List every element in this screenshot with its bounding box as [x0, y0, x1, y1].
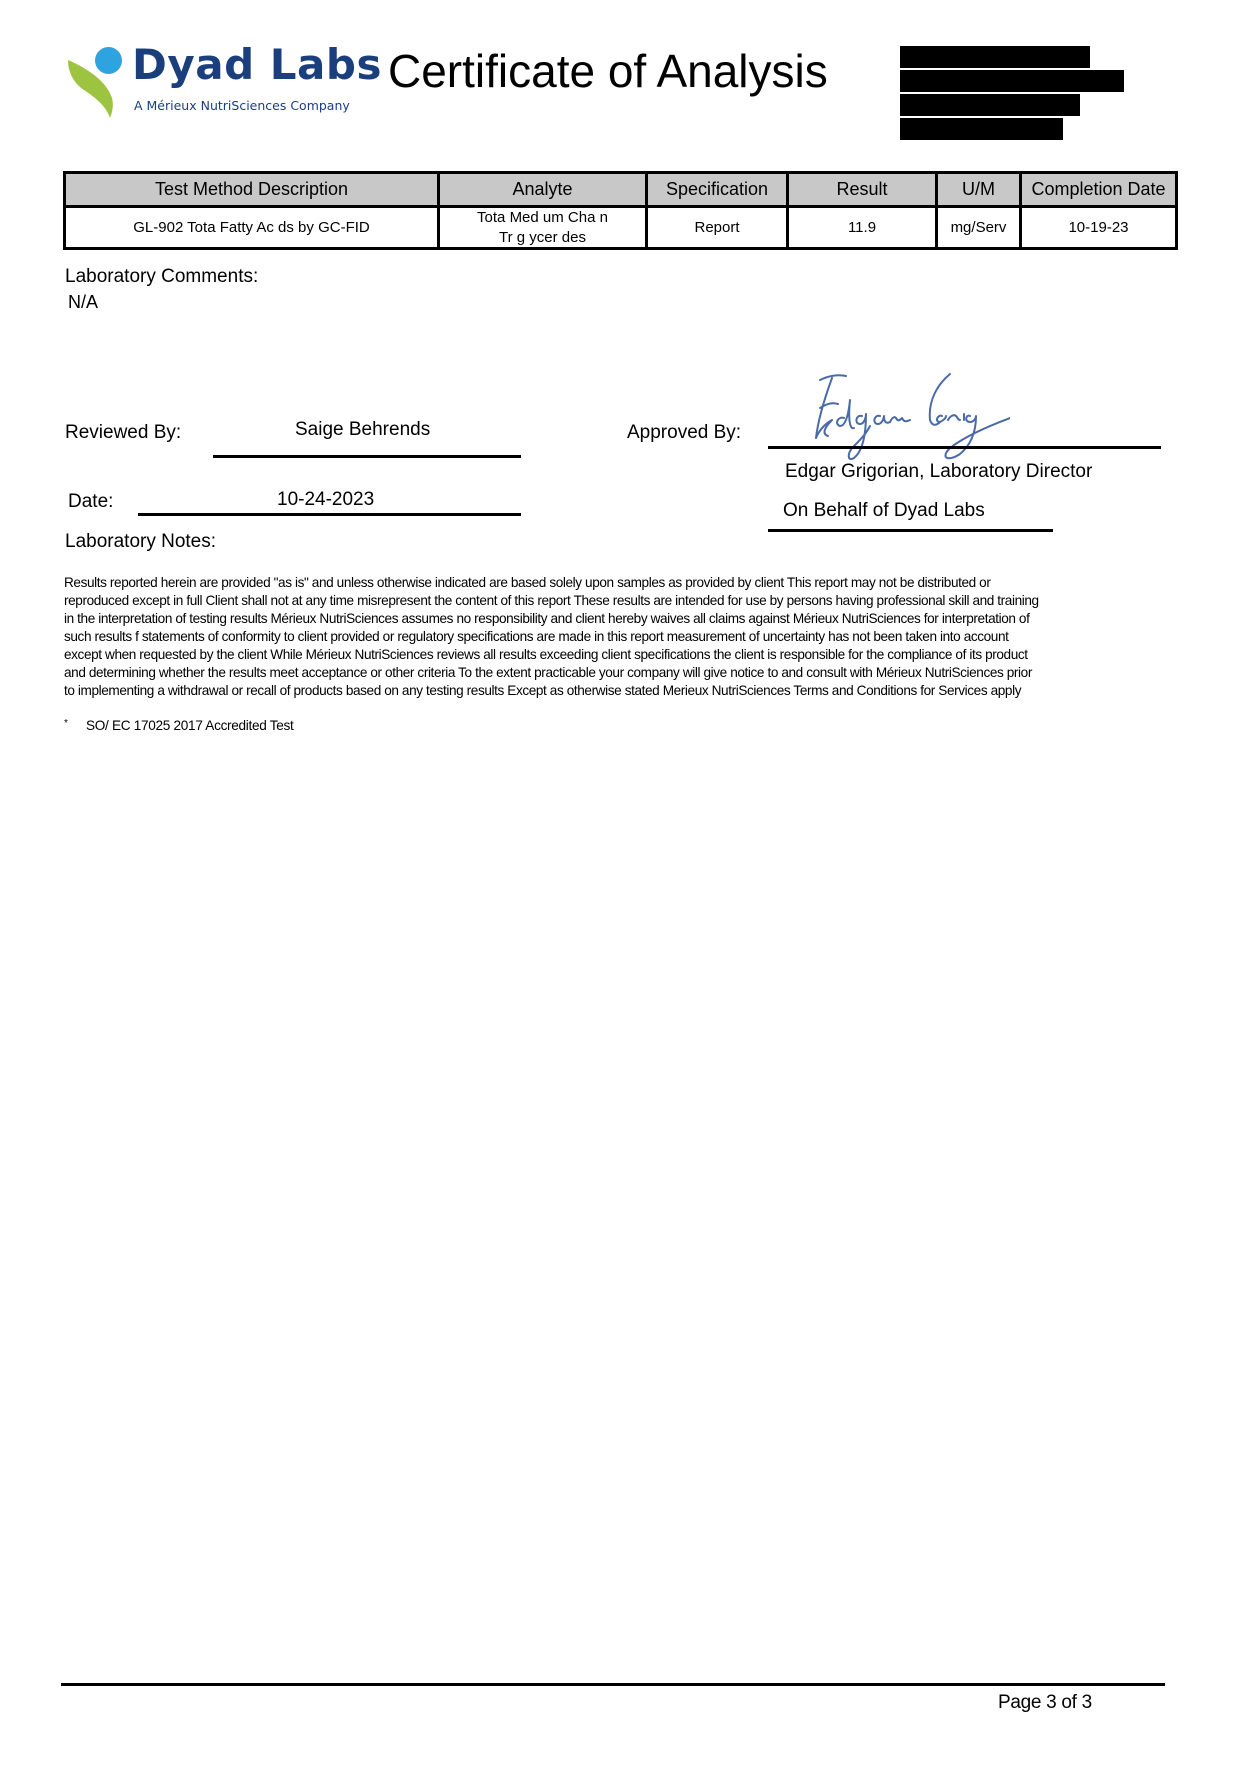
logo-tagline: A Mérieux NutriSciences Company	[134, 100, 350, 113]
accreditation-footnote: *SO/ EC 17025 2017 Accredited Test	[64, 718, 294, 733]
analyte-line: Tota Med um Cha n	[440, 208, 645, 228]
approver-title: Edgar Grigorian, Laboratory Director	[785, 462, 1092, 481]
table-row: GL-902 Tota Fatty Ac ds by GC-FID Tota M…	[65, 207, 1177, 249]
column-header: Result	[788, 173, 937, 207]
analyte-cell: Tota Med um Cha n Tr g ycer des	[439, 207, 647, 249]
logo-dot-icon	[95, 47, 122, 74]
approver-org-line	[768, 529, 1053, 532]
notes-line: to implementing a withdrawal or recall o…	[64, 682, 1184, 700]
document-title: Certificate of Analysis	[388, 48, 828, 94]
table-header-row: Test Method Description Analyte Specific…	[65, 173, 1177, 207]
column-header: U/M	[937, 173, 1021, 207]
notes-line: reproduced except in full Client shall n…	[64, 592, 1184, 610]
date-line	[138, 513, 521, 516]
result-cell: 11.9	[788, 207, 937, 249]
signature-image	[810, 370, 1010, 465]
column-header: Completion Date	[1021, 173, 1177, 207]
column-header: Analyte	[439, 173, 647, 207]
notes-line: except when requested by the client Whil…	[64, 646, 1184, 664]
date-label: Date:	[68, 492, 113, 511]
page-number: Page 3 of 3	[998, 1692, 1092, 1714]
unit-cell: mg/Serv	[937, 207, 1021, 249]
approver-signature-line	[768, 446, 1161, 449]
notes-line: and determining whether the results meet…	[64, 664, 1184, 682]
test-method-cell: GL-902 Tota Fatty Ac ds by GC-FID	[65, 207, 439, 249]
completion-date-cell: 10-19-23	[1021, 207, 1177, 249]
approver-org: On Behalf of Dyad Labs	[783, 501, 985, 520]
footnote-mark: *	[64, 718, 86, 729]
notes-line: Results reported herein are provided "as…	[64, 574, 1184, 592]
analyte-line: Tr g ycer des	[440, 228, 645, 248]
column-header: Specification	[647, 173, 788, 207]
review-date: 10-24-2023	[277, 490, 374, 509]
notes-line: such results f statements of conformity …	[64, 628, 1184, 646]
comments-text: N/A	[68, 293, 98, 311]
redaction-bar	[900, 94, 1080, 116]
results-table: Test Method Description Analyte Specific…	[63, 171, 1178, 250]
notes-label: Laboratory Notes:	[65, 532, 216, 551]
reviewer-name: Saige Behrends	[295, 420, 430, 439]
footnote-text: SO/ EC 17025 2017 Accredited Test	[86, 718, 294, 733]
laboratory-notes: Results reported herein are provided "as…	[64, 574, 1184, 700]
redaction-bar	[900, 70, 1124, 92]
redaction-bar	[900, 118, 1063, 140]
redaction-bar	[900, 46, 1090, 68]
reviewed-by-label: Reviewed By:	[65, 423, 181, 442]
logo-name: Dyad Labs	[132, 44, 382, 86]
comments-label: Laboratory Comments:	[65, 267, 258, 286]
approved-by-label: Approved By:	[627, 423, 741, 442]
notes-line: in the interpretation of testing results…	[64, 610, 1184, 628]
reviewer-signature-line	[213, 455, 521, 458]
column-header: Test Method Description	[65, 173, 439, 207]
footer-rule	[61, 1683, 1165, 1686]
specification-cell: Report	[647, 207, 788, 249]
